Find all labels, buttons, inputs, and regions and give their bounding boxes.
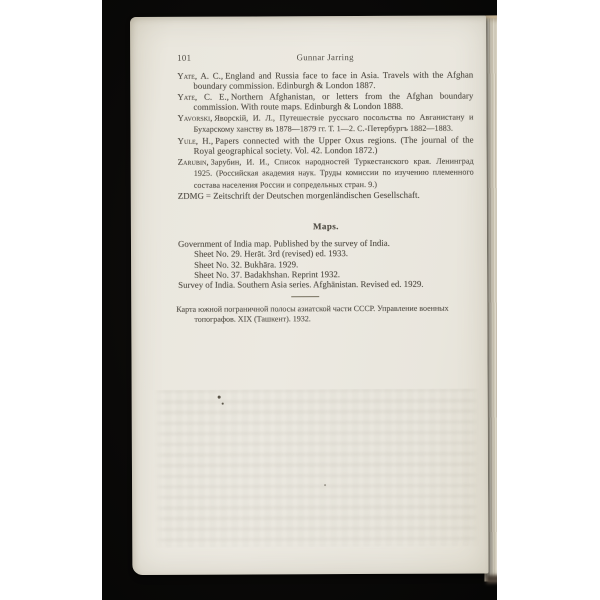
russian-map-note-line: топографов. XIX (Ташкент). 1932. xyxy=(176,313,478,324)
bibliography-entry: Yule, H.,Papers connected with the Upper… xyxy=(178,134,474,156)
entry-text: Зарубин, И. И., Список народностей Турке… xyxy=(194,156,474,189)
section-divider-rule xyxy=(291,296,319,297)
entry-text: Papers connected with the Upper Oxus reg… xyxy=(194,134,474,156)
russian-map-note: Карта южной пограничной полосы азиатской… xyxy=(176,303,478,324)
russian-map-note-line: Карта южной пограничной полосы азиатской… xyxy=(176,303,478,314)
bibliography-list: Yate, A. C.,England and Russia face to f… xyxy=(177,70,474,202)
entry-text: Яворскій, И. Л., Путешествіе русскаго по… xyxy=(193,112,473,134)
bibliography-entry: ZDMG= Zeitschrift der Deutschen morgenlä… xyxy=(178,189,474,201)
author-name: Yate, C. E., xyxy=(177,91,229,101)
author-name: Zarubin, xyxy=(178,156,209,166)
entry-text: England and Russia face to face in Asia.… xyxy=(193,70,473,92)
book-page: 101 Gunnar Jarring Yate, A. C.,England a… xyxy=(130,15,488,575)
author-name: Yule, H., xyxy=(178,135,214,145)
bibliography-entry: Yate, A. C.,England and Russia face to f… xyxy=(177,70,473,92)
maps-list-item: Survey of India. Southern Asia series. A… xyxy=(178,279,478,291)
bibliography-entry: Zarubin,Зарубин, И. И., Список народност… xyxy=(178,155,474,191)
entry-text: = Zeitschrift der Deutschen morgenländis… xyxy=(206,190,420,201)
author-name: Yate, A. C., xyxy=(177,71,223,81)
author-name: Yavorski, xyxy=(177,112,212,122)
book-photograph: 101 Gunnar Jarring Yate, A. C.,England a… xyxy=(102,0,497,600)
abbreviation: ZDMG xyxy=(178,191,204,201)
entry-text: Northern Afghanistan, or letters from th… xyxy=(193,90,473,112)
maps-list: Government of India map. Published by th… xyxy=(178,237,478,290)
bibliography-entry: Yavorski,Яворскій, И. Л., Путешествіе ру… xyxy=(177,111,473,135)
bleed-through-text xyxy=(154,388,481,547)
bibliography-entry: Yate, C. E.,Northern Afghanistan, or let… xyxy=(177,90,473,112)
ink-speck xyxy=(218,396,221,399)
ink-speck xyxy=(222,403,224,405)
maps-section-heading: Maps. xyxy=(178,221,474,232)
running-header: Gunnar Jarring xyxy=(177,52,473,63)
book: 101 Gunnar Jarring Yate, A. C.,England a… xyxy=(130,15,497,583)
page-header: 101 Gunnar Jarring xyxy=(177,52,473,65)
ink-speck xyxy=(324,484,326,486)
